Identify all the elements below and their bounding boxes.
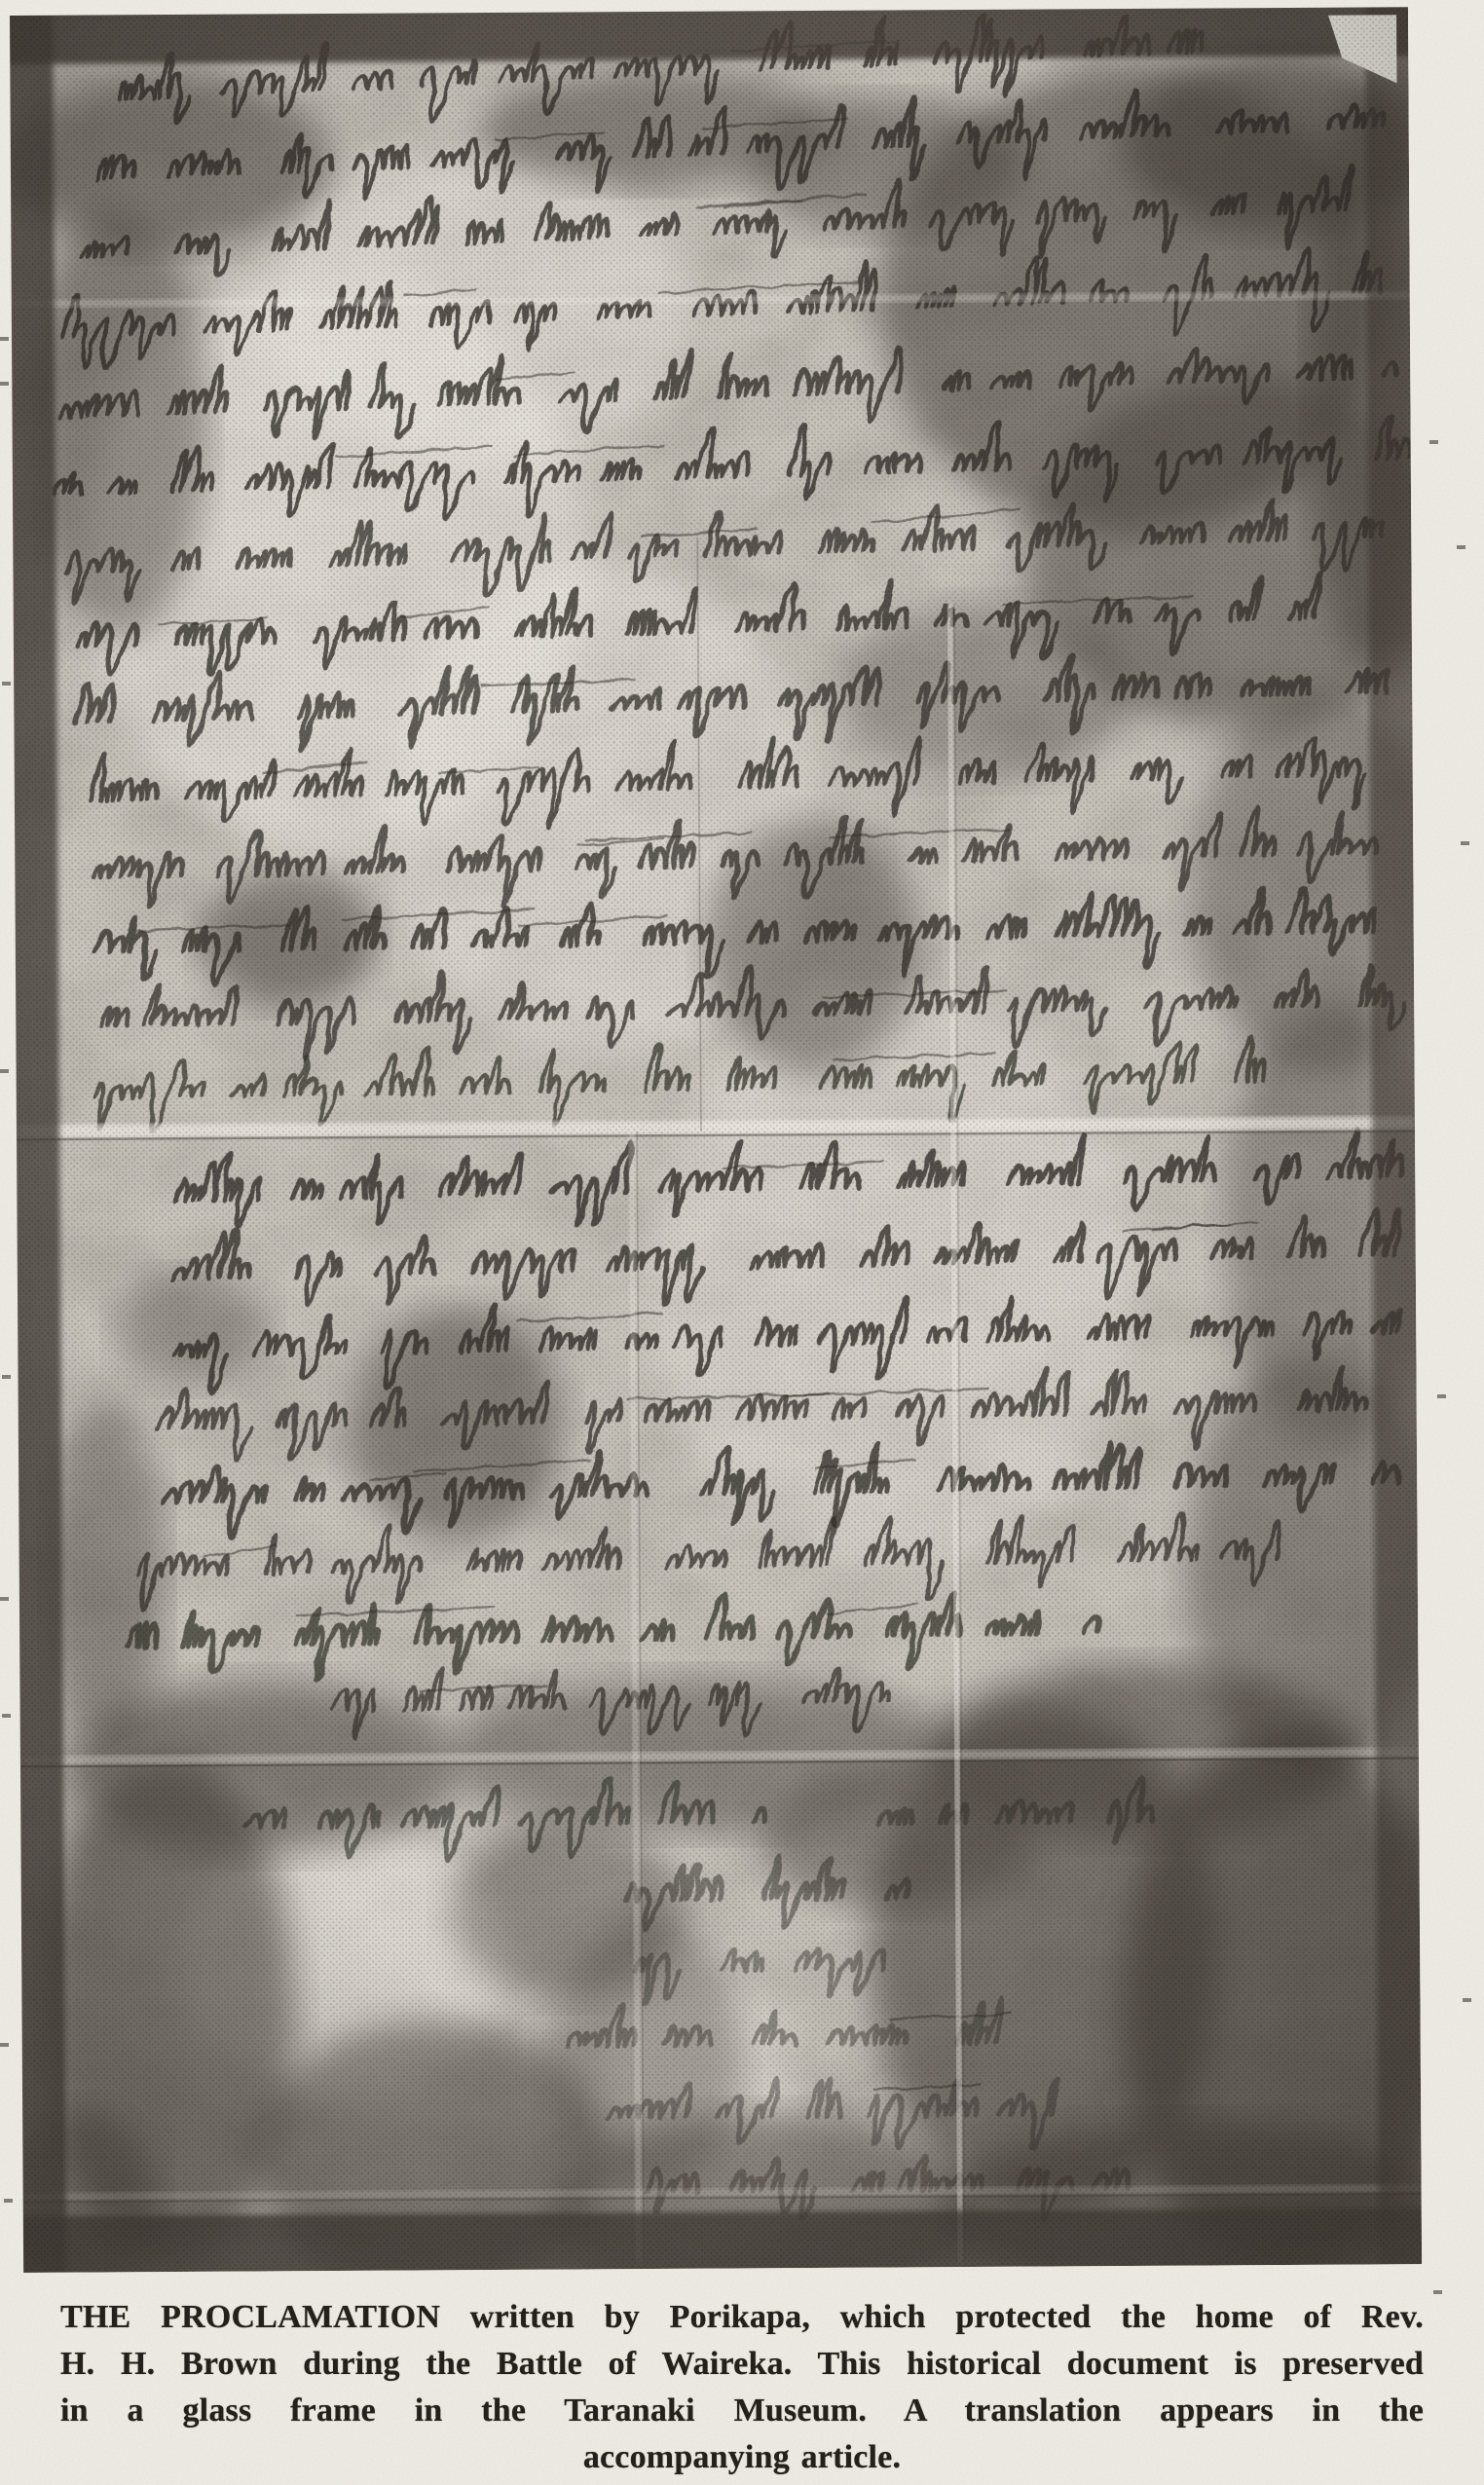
margin-speck — [0, 1597, 9, 1601]
margin-speck — [0, 1069, 9, 1073]
margin-speck — [1429, 440, 1438, 444]
photo-caption: THE PROCLAMATION written by Porikapa, wh… — [60, 2294, 1424, 2481]
caption-line-1: THE PROCLAMATION written by Porikapa, wh… — [60, 2294, 1424, 2341]
margin-speck — [2, 682, 11, 686]
photo-group — [0, 0, 1465, 2314]
margin-speck — [1437, 1394, 1446, 1398]
margin-speck — [0, 382, 9, 386]
margin-speck — [1457, 545, 1465, 549]
margin-speck — [4, 2199, 13, 2203]
margin-speck — [1433, 2290, 1442, 2294]
margin-speck — [2, 1375, 11, 1379]
caption-line-2: H. H. Brown during the Battle of Waireka… — [60, 2341, 1424, 2388]
margin-speck — [1463, 1998, 1471, 2002]
halftone-screen-coarse — [10, 7, 1422, 2273]
caption-line-3: in a glass frame in the Taranaki Museum.… — [60, 2388, 1424, 2434]
margin-speck — [2, 1714, 11, 1718]
margin-speck — [0, 337, 9, 341]
proclamation-photo — [0, 0, 1484, 2485]
margin-speck — [0, 2043, 9, 2047]
newspaper-scan — [0, 0, 1484, 2485]
caption-line-4: accompanying article. — [60, 2434, 1424, 2481]
margin-speck — [1461, 841, 1469, 845]
scan-canvas — [0, 0, 1484, 2485]
